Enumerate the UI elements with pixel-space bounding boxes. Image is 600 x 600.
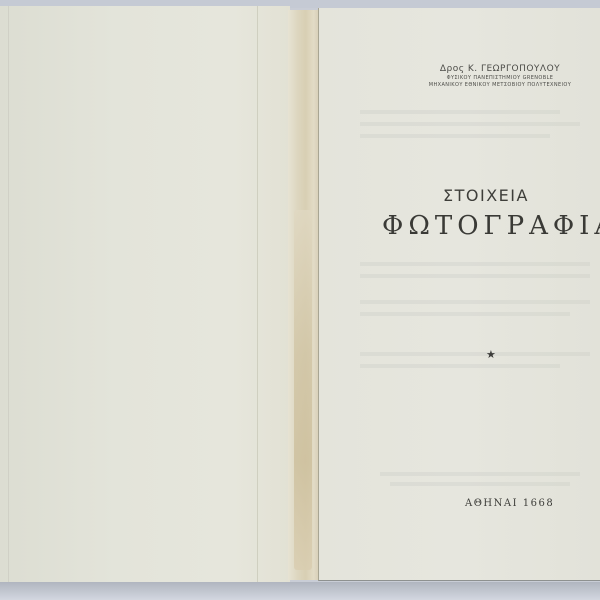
author-affiliation-1: ΦΥΣΙΚΟΥ ΠΑΝΕΠΙΣΤΗΜΙΟΥ GRENOBLE [400, 75, 600, 81]
author-name: Δρος Κ. ΓΕΩΡΓΟΠΟΥΛΟΥ [400, 64, 600, 74]
fold-line [257, 6, 258, 584]
show-through-text [390, 482, 570, 486]
left-flyleaf-page [0, 6, 290, 585]
backdrop-bottom [0, 582, 600, 600]
show-through-text [360, 262, 590, 266]
author-block: Δρος Κ. ΓΕΩΡΓΟΠΟΥΛΟΥ ΦΥΣΙΚΟΥ ΠΑΝΕΠΙΣΤΗΜΙ… [400, 64, 600, 88]
show-through-text [380, 472, 580, 476]
star-ornament-icon: ★ [486, 348, 496, 361]
author-affiliation-2: ΜΗΧΑΝΙΚΟΥ ΕΘΝΙΚΟΥ ΜΕΤΣΟΒΙΟΥ ΠΟΛΥΤΕΧΝΕΙΟΥ [400, 82, 600, 88]
book-subtitle: ΣΤΟΙΧΕΙΑ [443, 186, 529, 205]
book-spine-gutter [288, 10, 320, 580]
book-title: ΦΩΤΟΓΡΑΦΙΑΣ [382, 211, 600, 241]
show-through-text [360, 122, 580, 126]
aged-glue-stain [294, 210, 312, 570]
show-through-text [360, 364, 560, 368]
page-crease [8, 6, 9, 584]
show-through-text [360, 134, 550, 138]
show-through-text [360, 300, 590, 304]
show-through-text [360, 274, 590, 278]
show-through-text [360, 312, 570, 316]
title-page [318, 8, 600, 581]
show-through-text [360, 352, 590, 356]
show-through-text [360, 110, 560, 114]
imprint-place-year: ΑΘΗΝΑΙ 1668 [465, 498, 554, 509]
